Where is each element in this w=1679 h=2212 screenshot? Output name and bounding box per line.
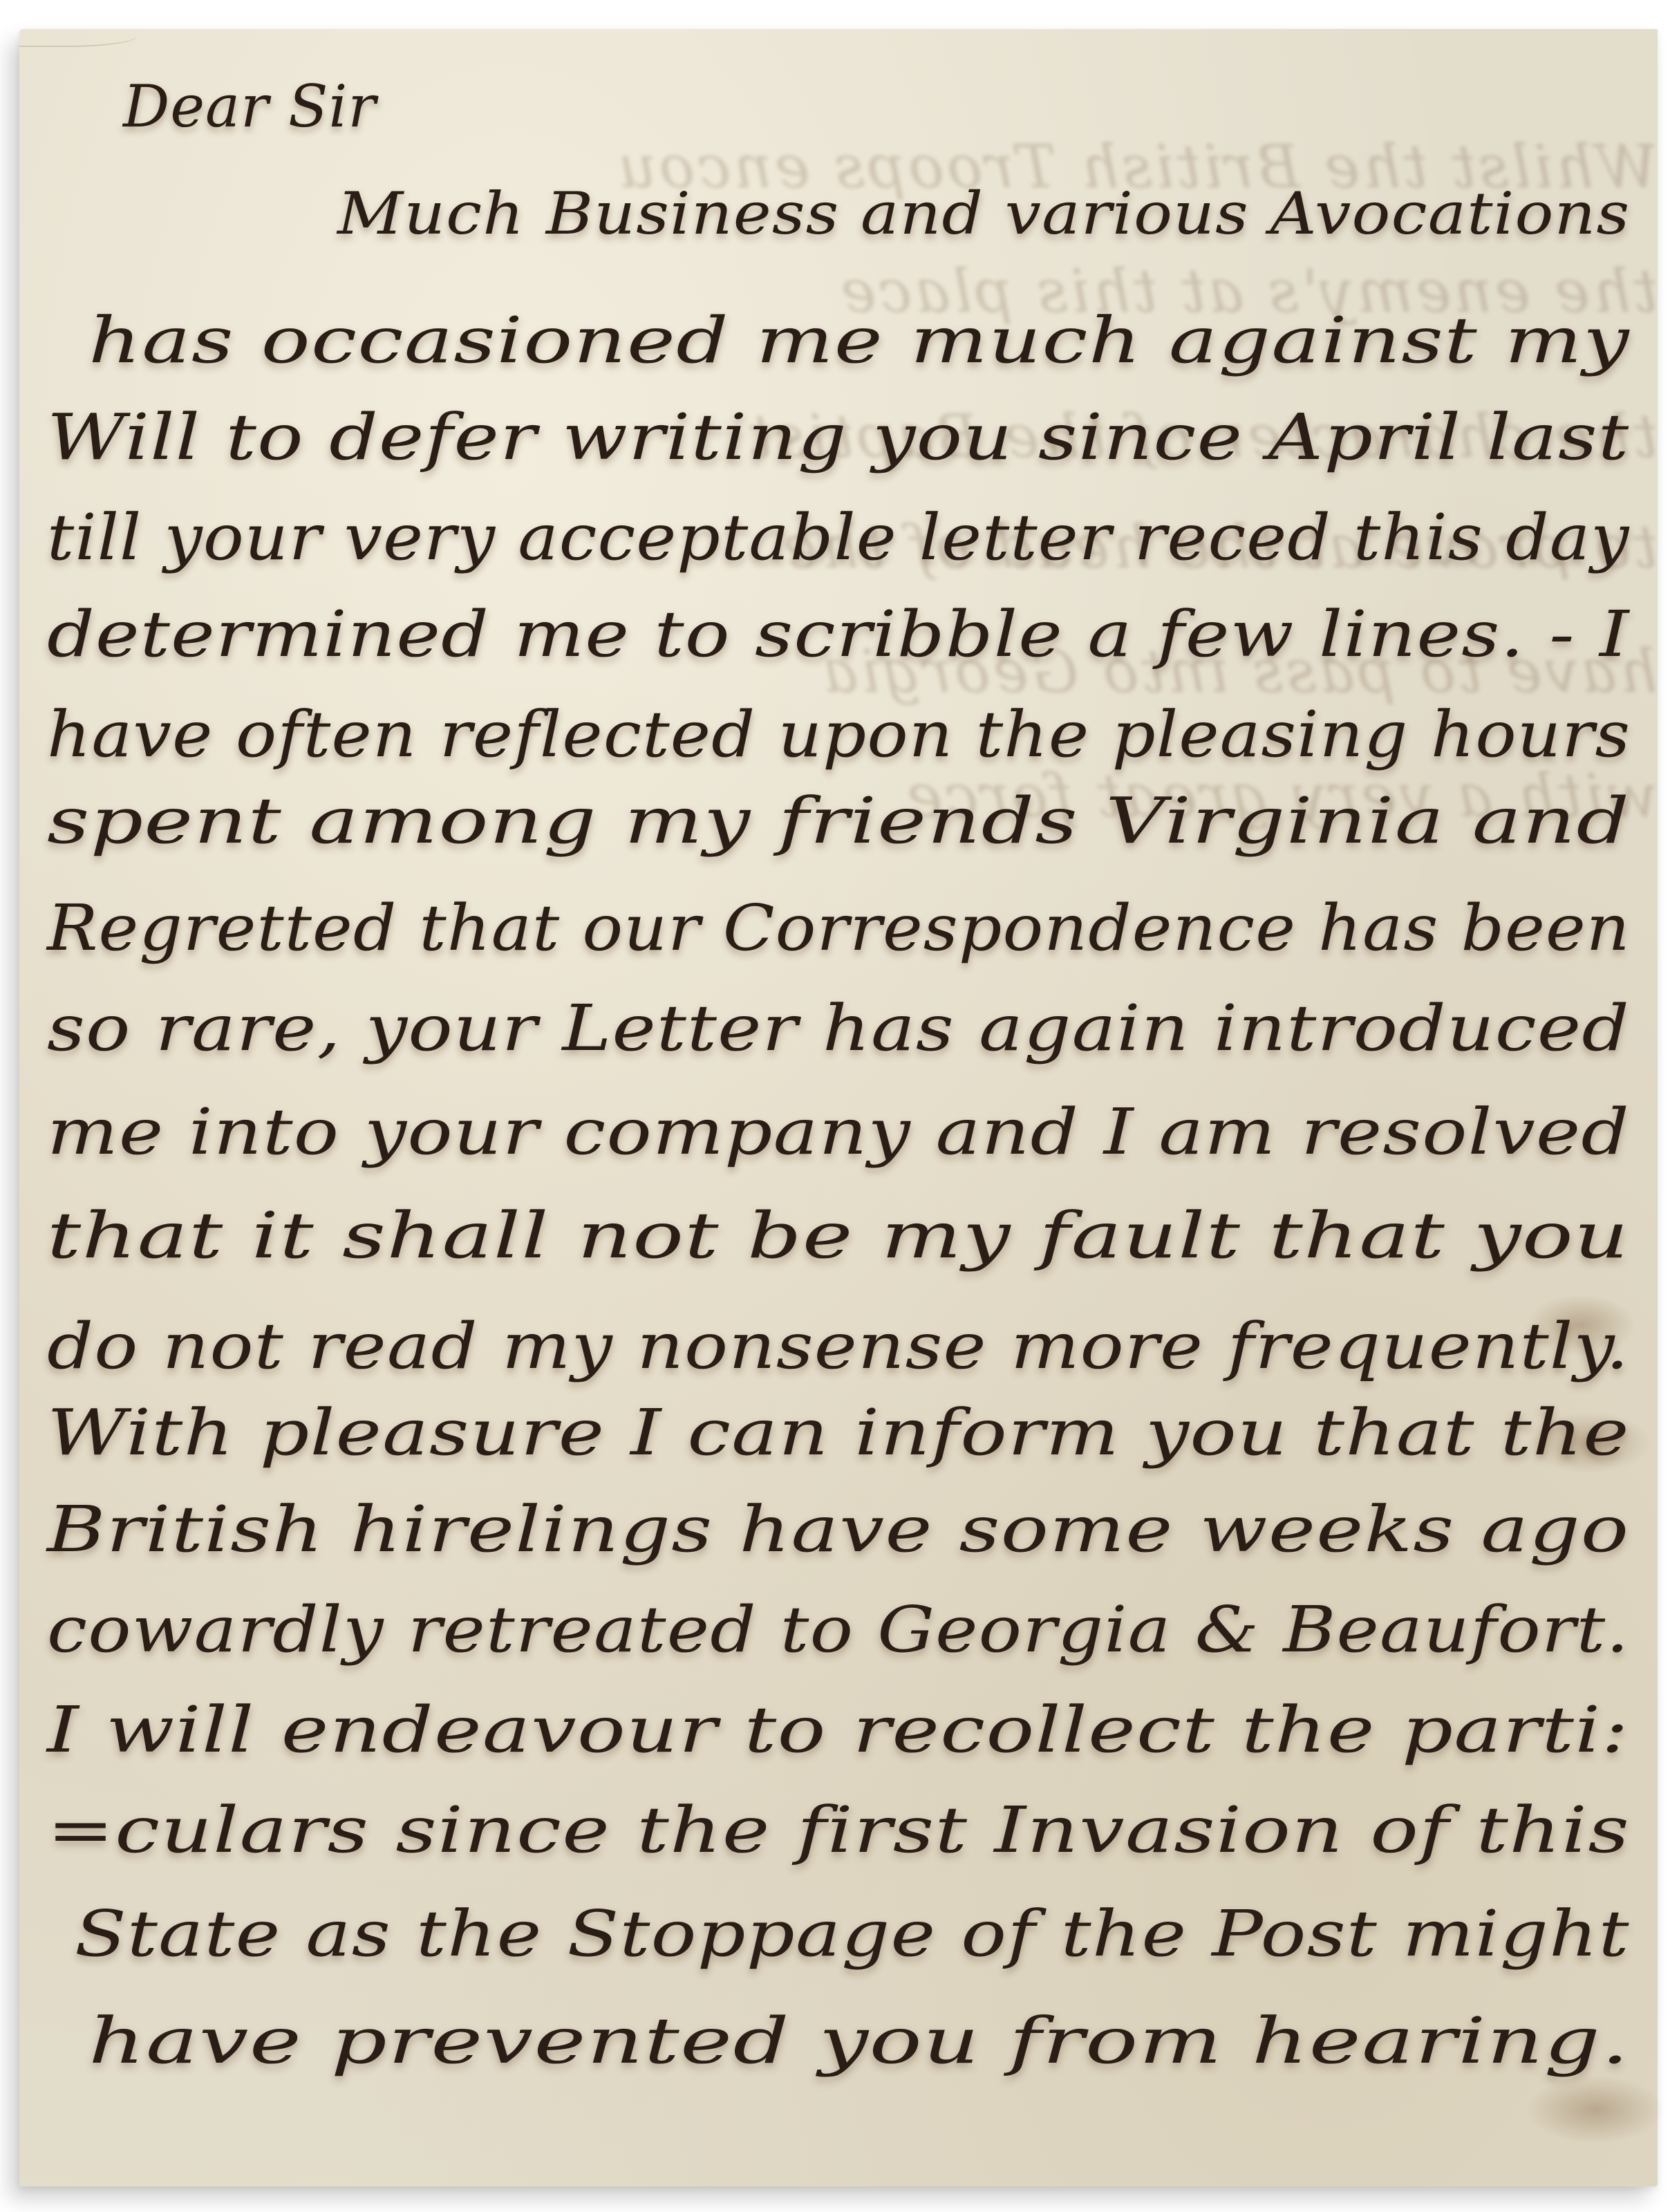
letter-line: so rare, your Letter has again introduce… (47, 997, 1630, 1060)
letter-line: Will to defer writing you since April la… (47, 406, 1629, 469)
letter-line: do not read my nonsense more frequently. (47, 1315, 1629, 1378)
letter-line: =culars since the first Invasion of this (47, 1799, 1630, 1862)
letter-sheet: Whilst the British Troops encou the enem… (19, 29, 1658, 2186)
letter-text: Dear Sir Much Business and various Avoca… (19, 29, 1658, 2186)
letter-line: me into your company and I am resolved (47, 1100, 1630, 1164)
letter-line: State as the Stoppage of the Post might (75, 1902, 1630, 1966)
letter-line: spent among my friends Virginia and (47, 789, 1630, 853)
letter-line: Much Business and various Avocations (337, 185, 1630, 243)
letter-line: that it shall not be my fault that you (47, 1204, 1629, 1268)
letter-line: have often reflected upon the pleasing h… (47, 703, 1631, 767)
salutation: Dear Sir (123, 77, 377, 135)
letter-line: I will endeavour to recollect the parti: (47, 1698, 1629, 1762)
letter-line: Regretted that our Correspondence has be… (47, 897, 1631, 960)
letter-line: British hirelings have some weeks ago (47, 1498, 1629, 1562)
letter-line: has occasioned me much against my (88, 309, 1630, 373)
letter-line: have prevented you from hearing. (88, 2009, 1630, 2073)
letter-line: With pleasure I can inform you that the (47, 1401, 1630, 1465)
letter-line: cowardly retreated to Georgia & Beaufort… (47, 1598, 1630, 1662)
letter-line: determined me to scribble a few lines. -… (47, 603, 1630, 666)
letter-line: till your very acceptable letter reced t… (47, 506, 1630, 570)
